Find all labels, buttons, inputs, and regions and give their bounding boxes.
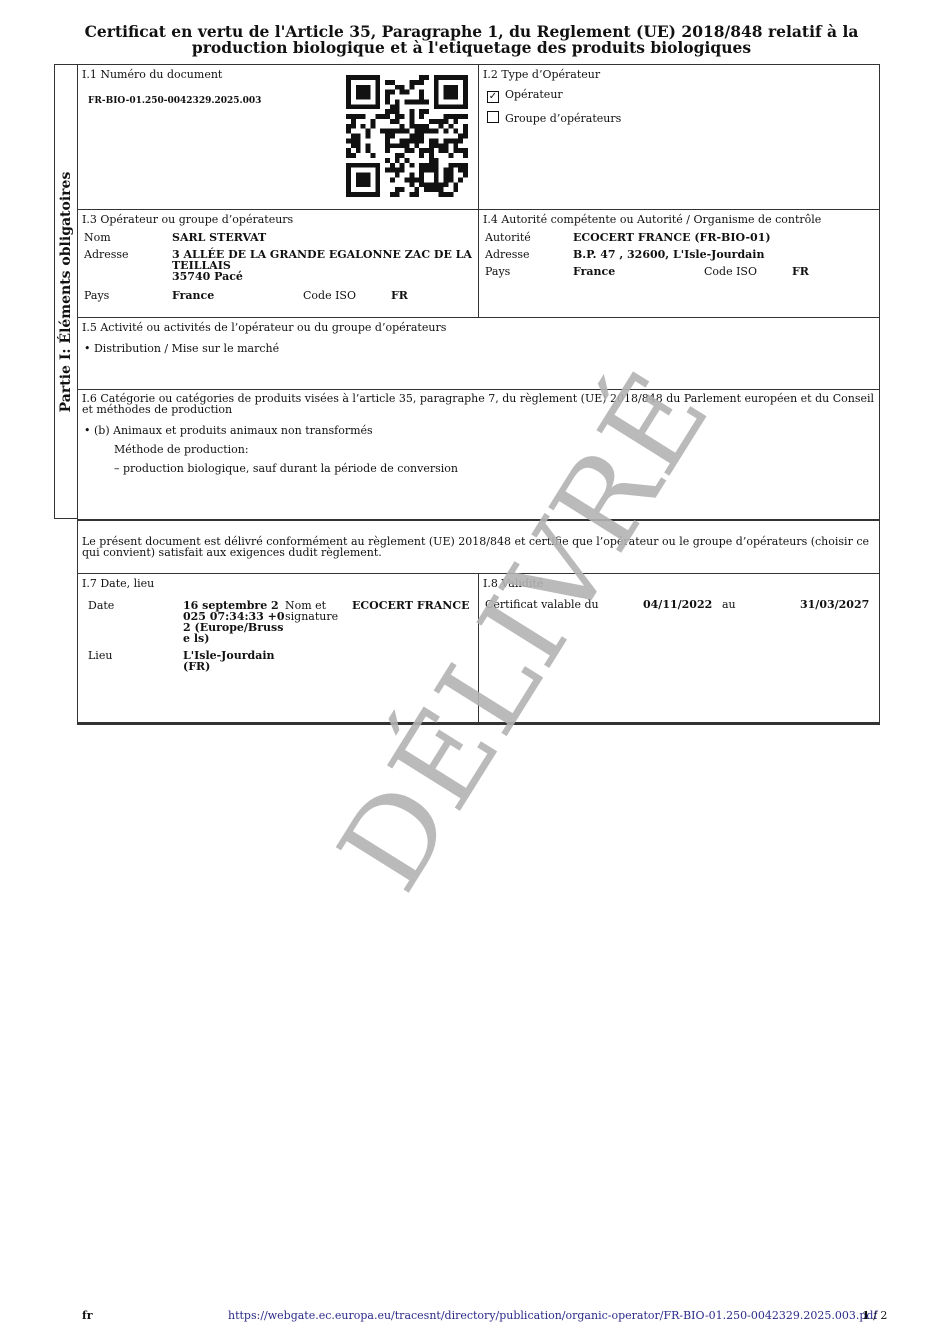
signatory: ECOCERT FRANCE <box>352 600 474 644</box>
checkbox-checked-icon[interactable]: ✓ <box>487 91 499 103</box>
valid-to-label: au <box>722 599 800 610</box>
row-statement: Le présent document est délivré conformé… <box>78 521 879 574</box>
lieu-label: Lieu <box>88 650 183 672</box>
i5-label: I.5 Activité ou activités de l’opérateur… <box>82 321 875 334</box>
i3-label: I.3 Opérateur ou groupe d’opérateurs <box>82 213 474 226</box>
authority-name: ECOCERT FRANCE (FR-BIO-01) <box>573 232 875 243</box>
signature-label: Nom et signature <box>285 600 352 644</box>
certificate-frame: I.1 Numéro du document FR-BIO-01.250-004… <box>77 64 880 725</box>
i6-label: I.6 Catégorie ou catégories de produits … <box>82 393 875 415</box>
i2-label: I.2 Type d’Opérateur <box>483 68 875 81</box>
section-i6: I.6 Catégorie ou catégories de produits … <box>78 390 879 519</box>
i7-label: I.7 Date, lieu <box>82 577 474 590</box>
footer-url-link[interactable]: https://webgate.ec.europa.eu/tracesnt/di… <box>228 1309 878 1322</box>
valid-from: 04/11/2022 <box>643 599 722 610</box>
i4-label: I.4 Autorité compétente ou Autorité / Or… <box>483 213 875 226</box>
part-sidebar: Partie I: Éléments obligatoires <box>54 64 77 519</box>
document-title: Certificat en vertu de l'Article 35, Par… <box>40 24 903 56</box>
operator-name: SARL STERVAT <box>172 232 474 243</box>
valid-from-label: Certificat valable du <box>485 599 643 610</box>
operator-iso: FR <box>391 290 474 301</box>
i8-label: I.8 Validité <box>483 577 875 590</box>
autorite-label: Autorité <box>485 232 573 243</box>
section-i7: I.7 Date, lieu Date 16 septembre 2025 07… <box>78 574 479 722</box>
row-i7-i8: I.7 Date, lieu Date 16 septembre 2025 07… <box>78 574 879 724</box>
part-label: Partie I: Éléments obligatoires <box>58 171 74 412</box>
adresse-label: Adresse <box>84 249 172 282</box>
issue-date: 16 septembre 2025 07:34:33 +02 (Europe/B… <box>183 600 285 644</box>
section-i8: I.8 Validité Certificat valable du 04/11… <box>479 574 879 722</box>
section-i2: I.2 Type d’Opérateur ✓Opérateur Groupe d… <box>479 65 879 209</box>
iso-label: Code ISO <box>303 290 391 301</box>
row-i3-i4: I.3 Opérateur ou groupe d’opérateurs Nom… <box>78 210 879 318</box>
production-method: – production biologique, sauf durant la … <box>114 462 875 475</box>
method-label: Méthode de production: <box>114 443 875 456</box>
checkbox-empty-icon[interactable] <box>487 111 499 123</box>
adresse-label: Adresse <box>485 249 573 260</box>
valid-to: 31/03/2027 <box>800 599 875 610</box>
operator-address-line1: 3 ALLÉE DE LA GRANDE EGALONNE ZAC DE LA … <box>172 249 474 271</box>
row-i1-i2: I.1 Numéro du document FR-BIO-01.250-004… <box>78 65 879 210</box>
pays-label: Pays <box>84 290 172 301</box>
authority-address: B.P. 47 , 32600, L'Isle-Jourdain <box>573 249 875 260</box>
certification-statement: Le présent document est délivré conformé… <box>78 521 879 573</box>
operator-group-option[interactable]: Groupe d’opérateurs <box>487 111 875 125</box>
authority-iso: FR <box>792 266 875 277</box>
pays-label: Pays <box>485 266 573 277</box>
operator-country: France <box>172 290 303 301</box>
section-i1: I.1 Numéro du document FR-BIO-01.250-004… <box>78 65 479 209</box>
iso-label: Code ISO <box>704 266 792 277</box>
qr-code-icon <box>346 75 468 197</box>
issue-place: L'Isle-Jourdain (FR) <box>183 650 285 672</box>
section-i5: I.5 Activité ou activités de l’opérateur… <box>78 318 879 389</box>
operator-address-line2: 35740 Pacé <box>172 271 474 282</box>
operator-type-option[interactable]: ✓Opérateur <box>487 88 875 103</box>
footer-language: fr <box>82 1309 93 1322</box>
row-i6: I.6 Catégorie ou catégories de produits … <box>78 390 879 521</box>
product-category: • (b) Animaux et produits animaux non tr… <box>84 424 875 437</box>
row-i5: I.5 Activité ou activités de l’opérateur… <box>78 318 879 390</box>
nom-label: Nom <box>84 232 172 243</box>
authority-country: France <box>573 266 704 277</box>
section-i4: I.4 Autorité compétente ou Autorité / Or… <box>479 210 879 317</box>
section-i3: I.3 Opérateur ou groupe d’opérateurs Nom… <box>78 210 479 317</box>
activity-item: • Distribution / Mise sur le marché <box>84 342 875 355</box>
page-indicator: 1 / 2 <box>862 1309 887 1322</box>
date-label: Date <box>88 600 183 644</box>
